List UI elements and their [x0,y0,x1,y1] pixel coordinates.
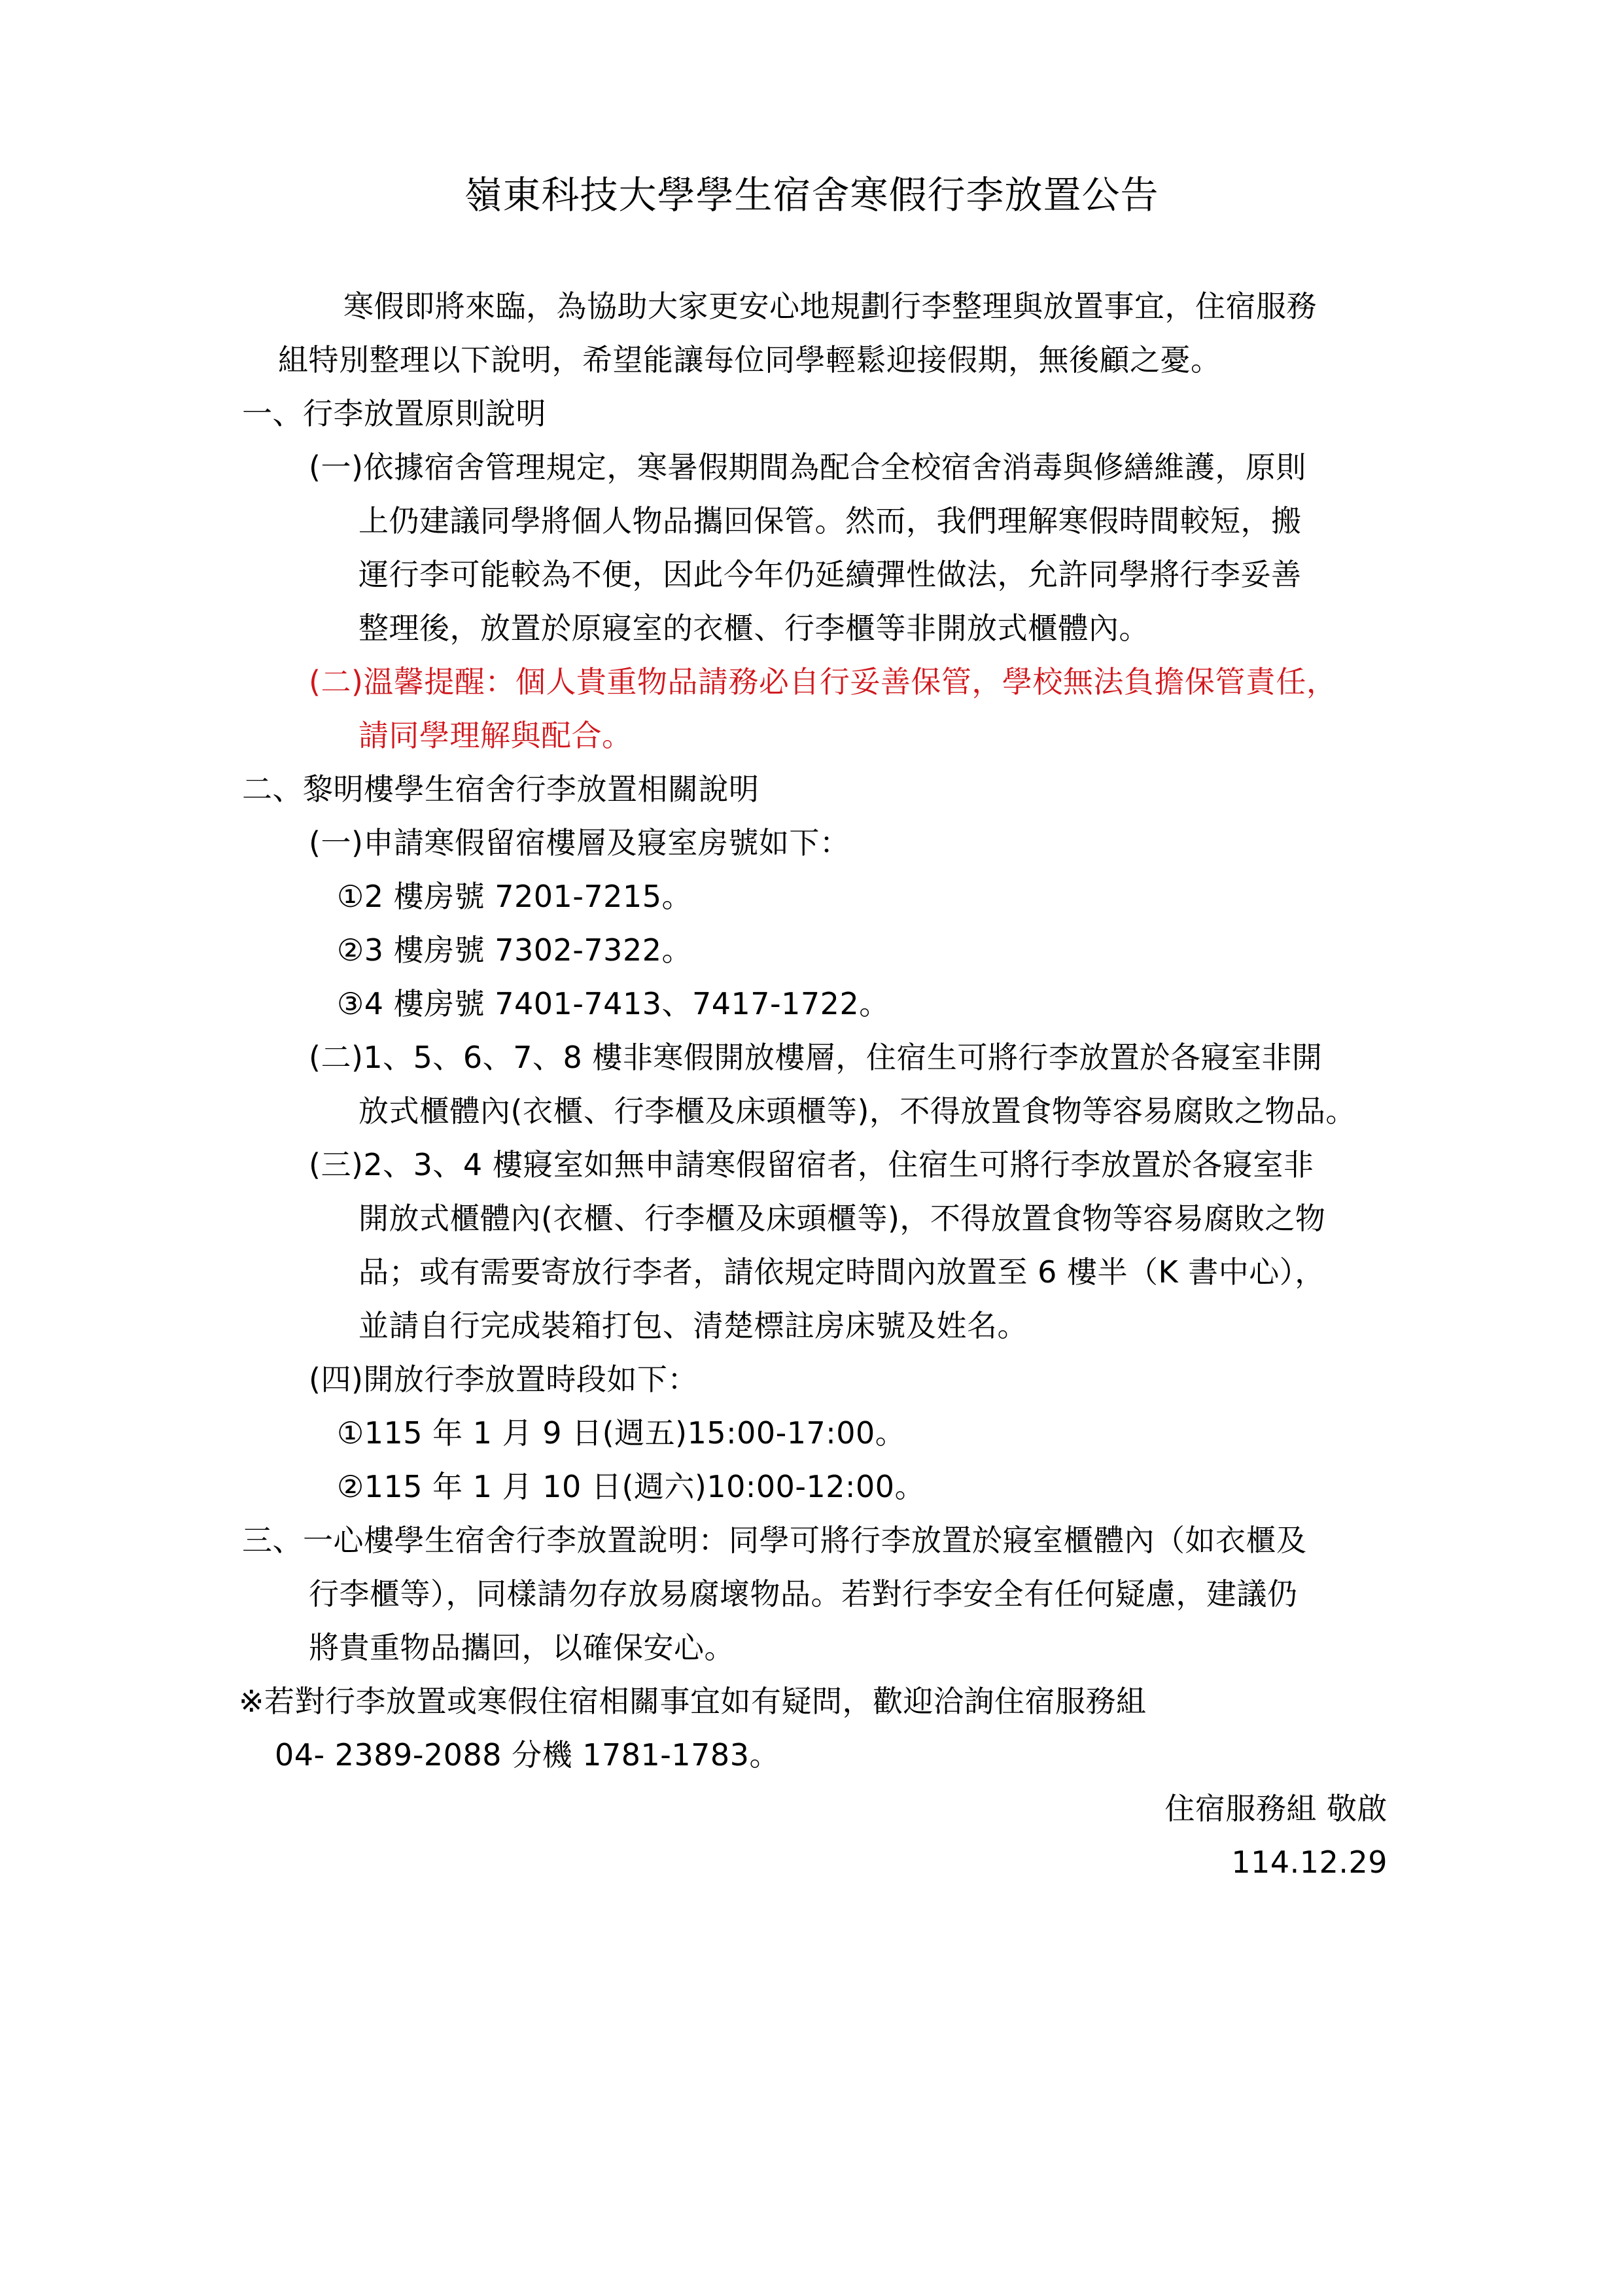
room-range-floor4: ③4 樓房號 7401-7413、7417-1722。 [337,984,890,1023]
signature-office: 住宿服務組 敬啟 [1164,1789,1387,1828]
section2-item1-label: (一)申請寒假留宿樓層及寢室房號如下： [309,823,850,862]
section3-line-1: 三、一心樓學生宿舍行李放置說明：同學可將行李放置於寢室櫃體內（如衣櫃及 [242,1521,1307,1560]
signature-date: 114.12.29 [1231,1843,1387,1882]
room-range-floor3: ②3 樓房號 7302-7322。 [337,930,692,970]
contact-phone: 04- 2389-2088 分機 1781-1783。 [275,1735,780,1775]
intro-line-2: 組特別整理以下說明，希望能讓每位同學輕鬆迎接假期，無後顧之憂。 [278,340,1221,380]
section1-item1-line-2: 上仍建議同學將個人物品攜回保管。然而，我們理解寒假時間較短，搬 [358,501,1302,540]
time-slot-1: ①115 年 1 月 9 日(週五)15:00-17:00。 [337,1413,905,1453]
section1-item1-line-4: 整理後，放置於原寢室的衣櫃、行李櫃等非開放式櫃體內。 [358,609,1149,648]
page-title: 嶺東科技大學學生宿舍寒假行李放置公告 [0,169,1623,221]
contact-note-line-1: ※若對行李放置或寒假住宿相關事宜如有疑問，歡迎洽詢住宿服務組 [239,1682,1147,1721]
intro-line-1: 寒假即將來臨，為協助大家更安心地規劃行李整理與放置事宜，住宿服務 [343,287,1317,326]
section2-item4-label: (四)開放行李放置時段如下： [309,1360,698,1399]
section2-heading: 二、黎明樓學生宿舍行李放置相關說明 [242,769,759,809]
section2-item2-line-2: 放式櫃體內(衣櫃、行李櫃及床頭櫃等)，不得放置食物等容易腐敗之物品。 [358,1091,1356,1131]
section3-line-3: 將貴重物品攜回，以確保安心。 [309,1628,735,1667]
document-page: 嶺東科技大學學生宿舍寒假行李放置公告 寒假即將來臨，為協助大家更安心地規劃行李整… [0,0,1623,2296]
section1-item1-line-1: (一)依據宿舍管理規定，寒暑假期間為配合全校宿舍消毒與修繕維護，原則 [309,448,1306,487]
section2-item3-line-4: 並請自行完成裝箱打包、清楚標註房床號及姓名。 [358,1306,1028,1345]
warning-line-2: 請同學理解與配合。 [358,716,633,755]
section2-item3-line-1: (三)2、3、4 樓寢室如無申請寒假留宿者，住宿生可將行李放置於各寢室非 [309,1145,1314,1184]
room-range-floor2: ①2 樓房號 7201-7215。 [337,877,692,916]
section3-line-2: 行李櫃等），同樣請勿存放易腐壞物品。若對行李安全有任何疑慮，建議仍 [309,1574,1298,1614]
section1-item1-line-3: 運行李可能較為不便，因此今年仍延續彈性做法，允許同學將行李妥善 [358,555,1302,594]
section1-heading: 一、行李放置原則說明 [242,394,546,433]
section2-item3-line-2: 開放式櫃體內(衣櫃、行李櫃及床頭櫃等)，不得放置食物等容易腐敗之物 [358,1199,1325,1238]
section2-item3-line-3: 品；或有需要寄放行李者，請依規定時間內放置至 6 樓半（K 書中心）， [358,1252,1325,1292]
time-slot-2: ②115 年 1 月 10 日(週六)10:00-12:00。 [337,1467,925,1506]
warning-line-1: (二)溫馨提醒：個人貴重物品請務必自行妥善保管，學校無法負擔保管責任， [309,662,1336,701]
section2-item2-line-1: (二)1、5、6、7、8 樓非寒假開放樓層，住宿生可將行李放置於各寢室非開 [309,1038,1322,1077]
